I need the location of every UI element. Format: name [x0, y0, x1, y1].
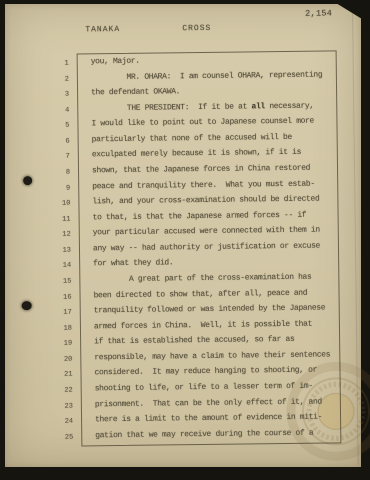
line-text: exculpated merely because it is shown, i…: [92, 148, 301, 160]
line-number: 6: [7, 137, 70, 146]
line-number: 5: [6, 122, 69, 131]
line-number: 15: [8, 278, 71, 287]
running-header: TANAKA CROSS: [5, 22, 361, 26]
line-text: peace and tranquility there. What you mu…: [92, 179, 315, 191]
line-text: any way -- had authority or justificatio…: [93, 241, 320, 253]
line-number: 22: [10, 387, 73, 396]
line-text: responsible, may have a claim to have th…: [94, 350, 330, 362]
line-number: 20: [9, 355, 72, 364]
header-defendant-name: TANAKA: [85, 25, 120, 34]
line-number: 4: [6, 106, 69, 115]
line-number: 21: [9, 371, 72, 380]
header-section-label: CROSS: [182, 24, 211, 33]
line-number: 3: [6, 91, 69, 100]
line-number: 12: [8, 231, 71, 240]
line-number: 11: [8, 215, 71, 224]
line-text: if that is established the accused, so f…: [94, 335, 294, 346]
line-text: gation that we may receive during the co…: [95, 428, 313, 440]
line-text: A great part of the cross-examination ha…: [93, 273, 311, 285]
line-number: 10: [7, 200, 70, 209]
line-text: MR. OHARA: I am counsel OHARA, represent…: [91, 70, 323, 82]
line-number: 8: [7, 169, 70, 178]
line-text: there is a limit to the amount of eviden…: [95, 413, 322, 425]
line-number: 2: [6, 75, 69, 84]
line-number: 23: [10, 402, 73, 411]
line-number: 24: [10, 418, 73, 427]
line-number: 13: [8, 246, 71, 255]
line-text: shooting to life, or life to a lesser te…: [95, 382, 313, 394]
line-text: prisonment. That can be the only effect …: [95, 397, 322, 409]
transcript-line: 25gation that we may receive during the …: [10, 428, 366, 448]
line-text: considered. It may reduce hanging to sho…: [94, 366, 317, 378]
line-text: for what they did.: [93, 259, 173, 269]
line-number: 19: [9, 340, 72, 349]
line-number: 1: [6, 60, 69, 69]
punch-hole-bottom: [22, 301, 32, 310]
line-text: your particular accused were connected w…: [93, 226, 320, 238]
line-text: tranquility followed or was intended by …: [94, 304, 326, 316]
line-number: 9: [7, 184, 70, 193]
line-text: I would like to point out to Japanese co…: [91, 117, 314, 129]
line-text: armed forces in China. Well, it is possi…: [94, 319, 312, 331]
line-number: 18: [9, 324, 72, 333]
line-text: lish, and your cross-examination should …: [92, 195, 319, 207]
line-text: the defendant OKAWA.: [91, 87, 180, 97]
page-number: 2,154: [305, 8, 355, 19]
line-number: 7: [7, 153, 70, 162]
line-text: particularly that none of the accused wi…: [92, 133, 292, 144]
punch-hole-top: [23, 176, 32, 185]
line-text: shown, that the Japanese forces in China…: [92, 164, 310, 176]
line-number: 14: [8, 262, 71, 271]
line-number: 25: [10, 433, 73, 442]
line-text: to that, is that the Japanese armed forc…: [93, 210, 307, 222]
page-content: 2,154 TANAKA CROSS 1you, Major.2 MR. OHA…: [5, 2, 367, 469]
line-number: 16: [9, 293, 72, 302]
line-number: 17: [9, 309, 72, 318]
line-text: been directed to show that, after all, p…: [93, 288, 307, 300]
line-text: you, Major.: [91, 57, 140, 67]
line-text: THE PRESIDENT: If it be at all necessary…: [91, 101, 314, 113]
scanned-transcript-page: 2,154 TANAKA CROSS 1you, Major.2 MR. OHA…: [5, 4, 361, 467]
